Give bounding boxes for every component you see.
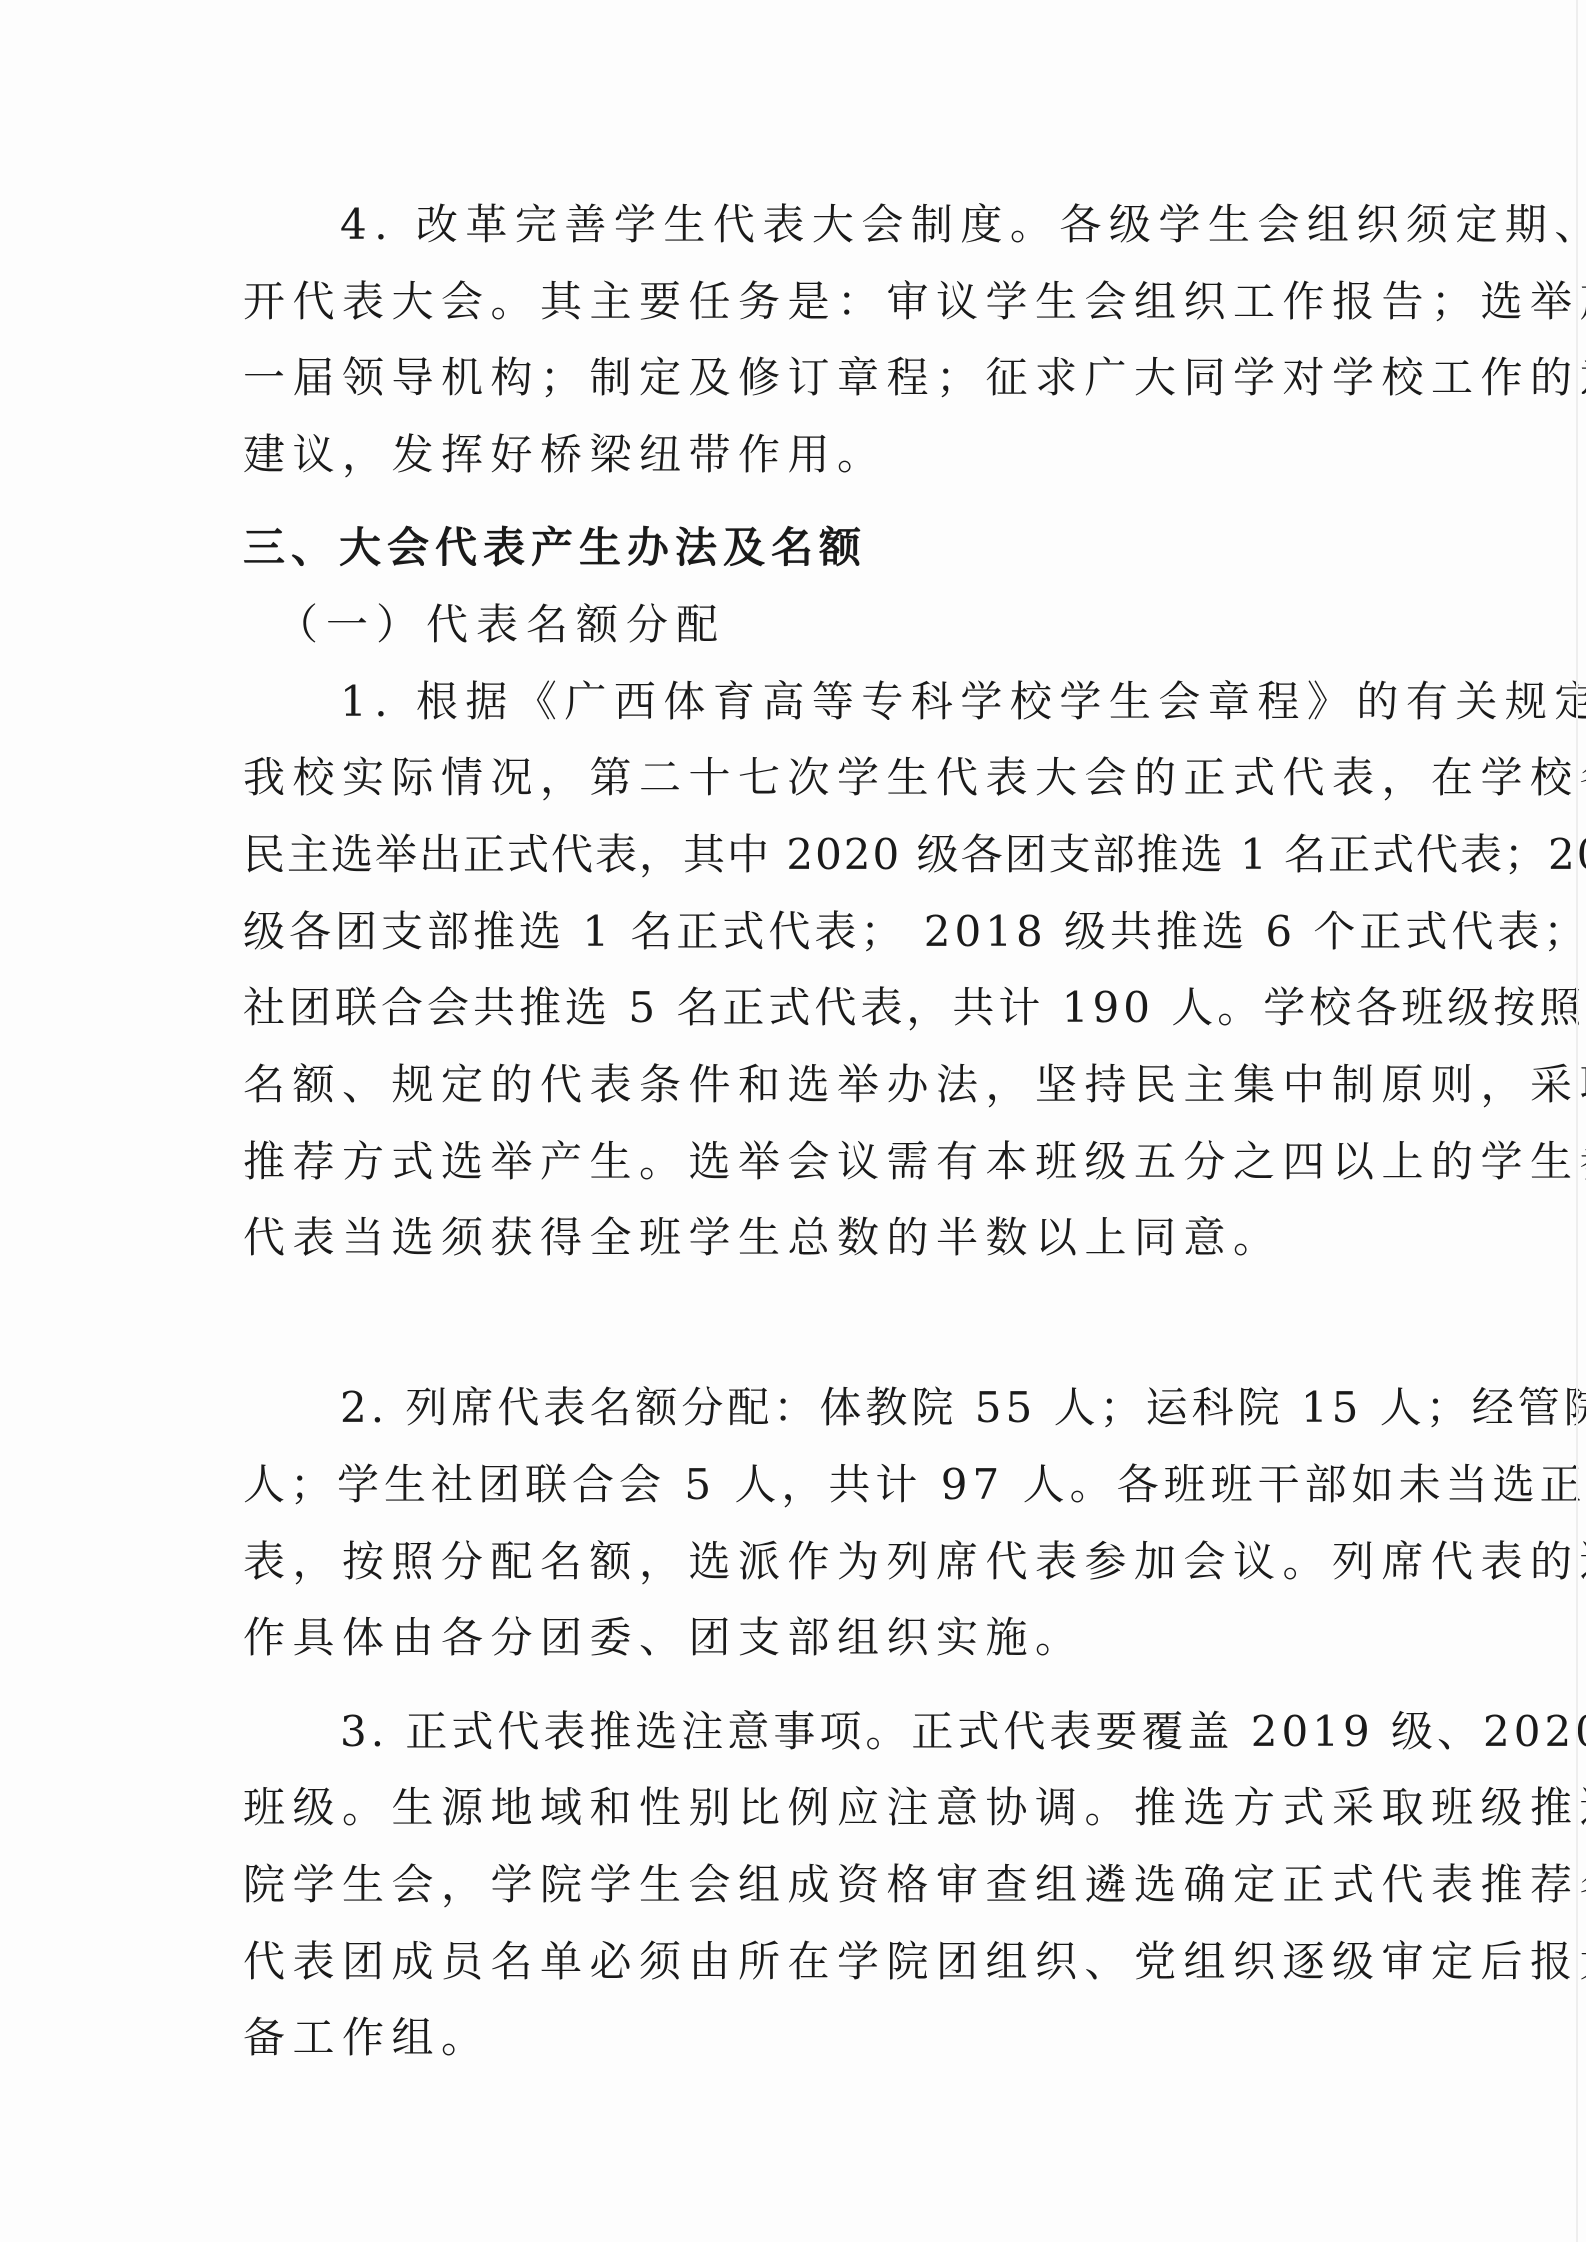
- text-line: 级各团支部推选 1 名正式代表； 2018 级共推选 6 个正式代表； 学生: [243, 902, 1338, 962]
- scan-edge-divider: [1576, 0, 1578, 2242]
- text-line: 人；学生社团联合会 5 人，共计 97 人。各班班干部如未当选正式代: [243, 1455, 1338, 1515]
- text-line: 名额、规定的代表条件和选举办法，坚持民主集中制原则，采取民主: [243, 1055, 1338, 1115]
- text-line: 2. 列席代表名额分配：体教院 55 人；运科院 15 人；经管院 22: [340, 1378, 1338, 1438]
- text-line: 代表当选须获得全班学生总数的半数以上同意。: [243, 1208, 1338, 1268]
- subsection-heading: （一）代表名额分配: [276, 595, 726, 655]
- text-line: 社团联合会共推选 5 名正式代表，共计 190 人。学校各班级按照代表: [243, 978, 1338, 1038]
- text-line: 1. 根据《广西体育高等专科学校学生会章程》的有关规定，结合: [340, 672, 1338, 732]
- text-line: 备工作组。: [243, 2008, 1338, 2068]
- text-line: 院学生会，学院学生会组成资格审查组遴选确定正式代表推荐名单。: [243, 1855, 1338, 1915]
- text-line: 班级。生源地域和性别比例应注意协调。推选方式采取班级推选到学: [243, 1778, 1338, 1838]
- text-line: 推荐方式选举产生。选举会议需有本班级五分之四以上的学生参加，: [243, 1132, 1338, 1192]
- text-line: 代表团成员名单必须由所在学院团组织、党组织逐级审定后报大会筹: [243, 1932, 1338, 1992]
- document-page: 4. 改革完善学生代表大会制度。各级学生会组织须定期、规范召 开代表大会。其主要…: [0, 0, 1586, 2242]
- text-line: 4. 改革完善学生代表大会制度。各级学生会组织须定期、规范召: [340, 195, 1338, 255]
- text-line: 建议，发挥好桥梁纽带作用。: [243, 425, 1338, 485]
- text-line: 作具体由各分团委、团支部组织实施。: [243, 1608, 1338, 1668]
- text-line: 开代表大会。其主要任务是：审议学生会组织工作报告；选举产生新: [243, 272, 1338, 332]
- text-line: 一届领导机构；制定及修订章程；征求广大同学对学校工作的意见和: [243, 348, 1338, 408]
- text-line: 民主选举出正式代表，其中 2020 级各团支部推选 1 名正式代表；2019: [243, 825, 1338, 885]
- text-line: 3. 正式代表推选注意事项。正式代表要覆盖 2019 级、2020 级各: [340, 1702, 1338, 1762]
- section-heading: 三、大会代表产生办法及名额: [243, 518, 867, 578]
- text-line: 表，按照分配名额，选派作为列席代表参加会议。列席代表的选派工: [243, 1532, 1338, 1592]
- text-line: 我校实际情况，第二十七次学生代表大会的正式代表，在学校各班级: [243, 748, 1338, 808]
